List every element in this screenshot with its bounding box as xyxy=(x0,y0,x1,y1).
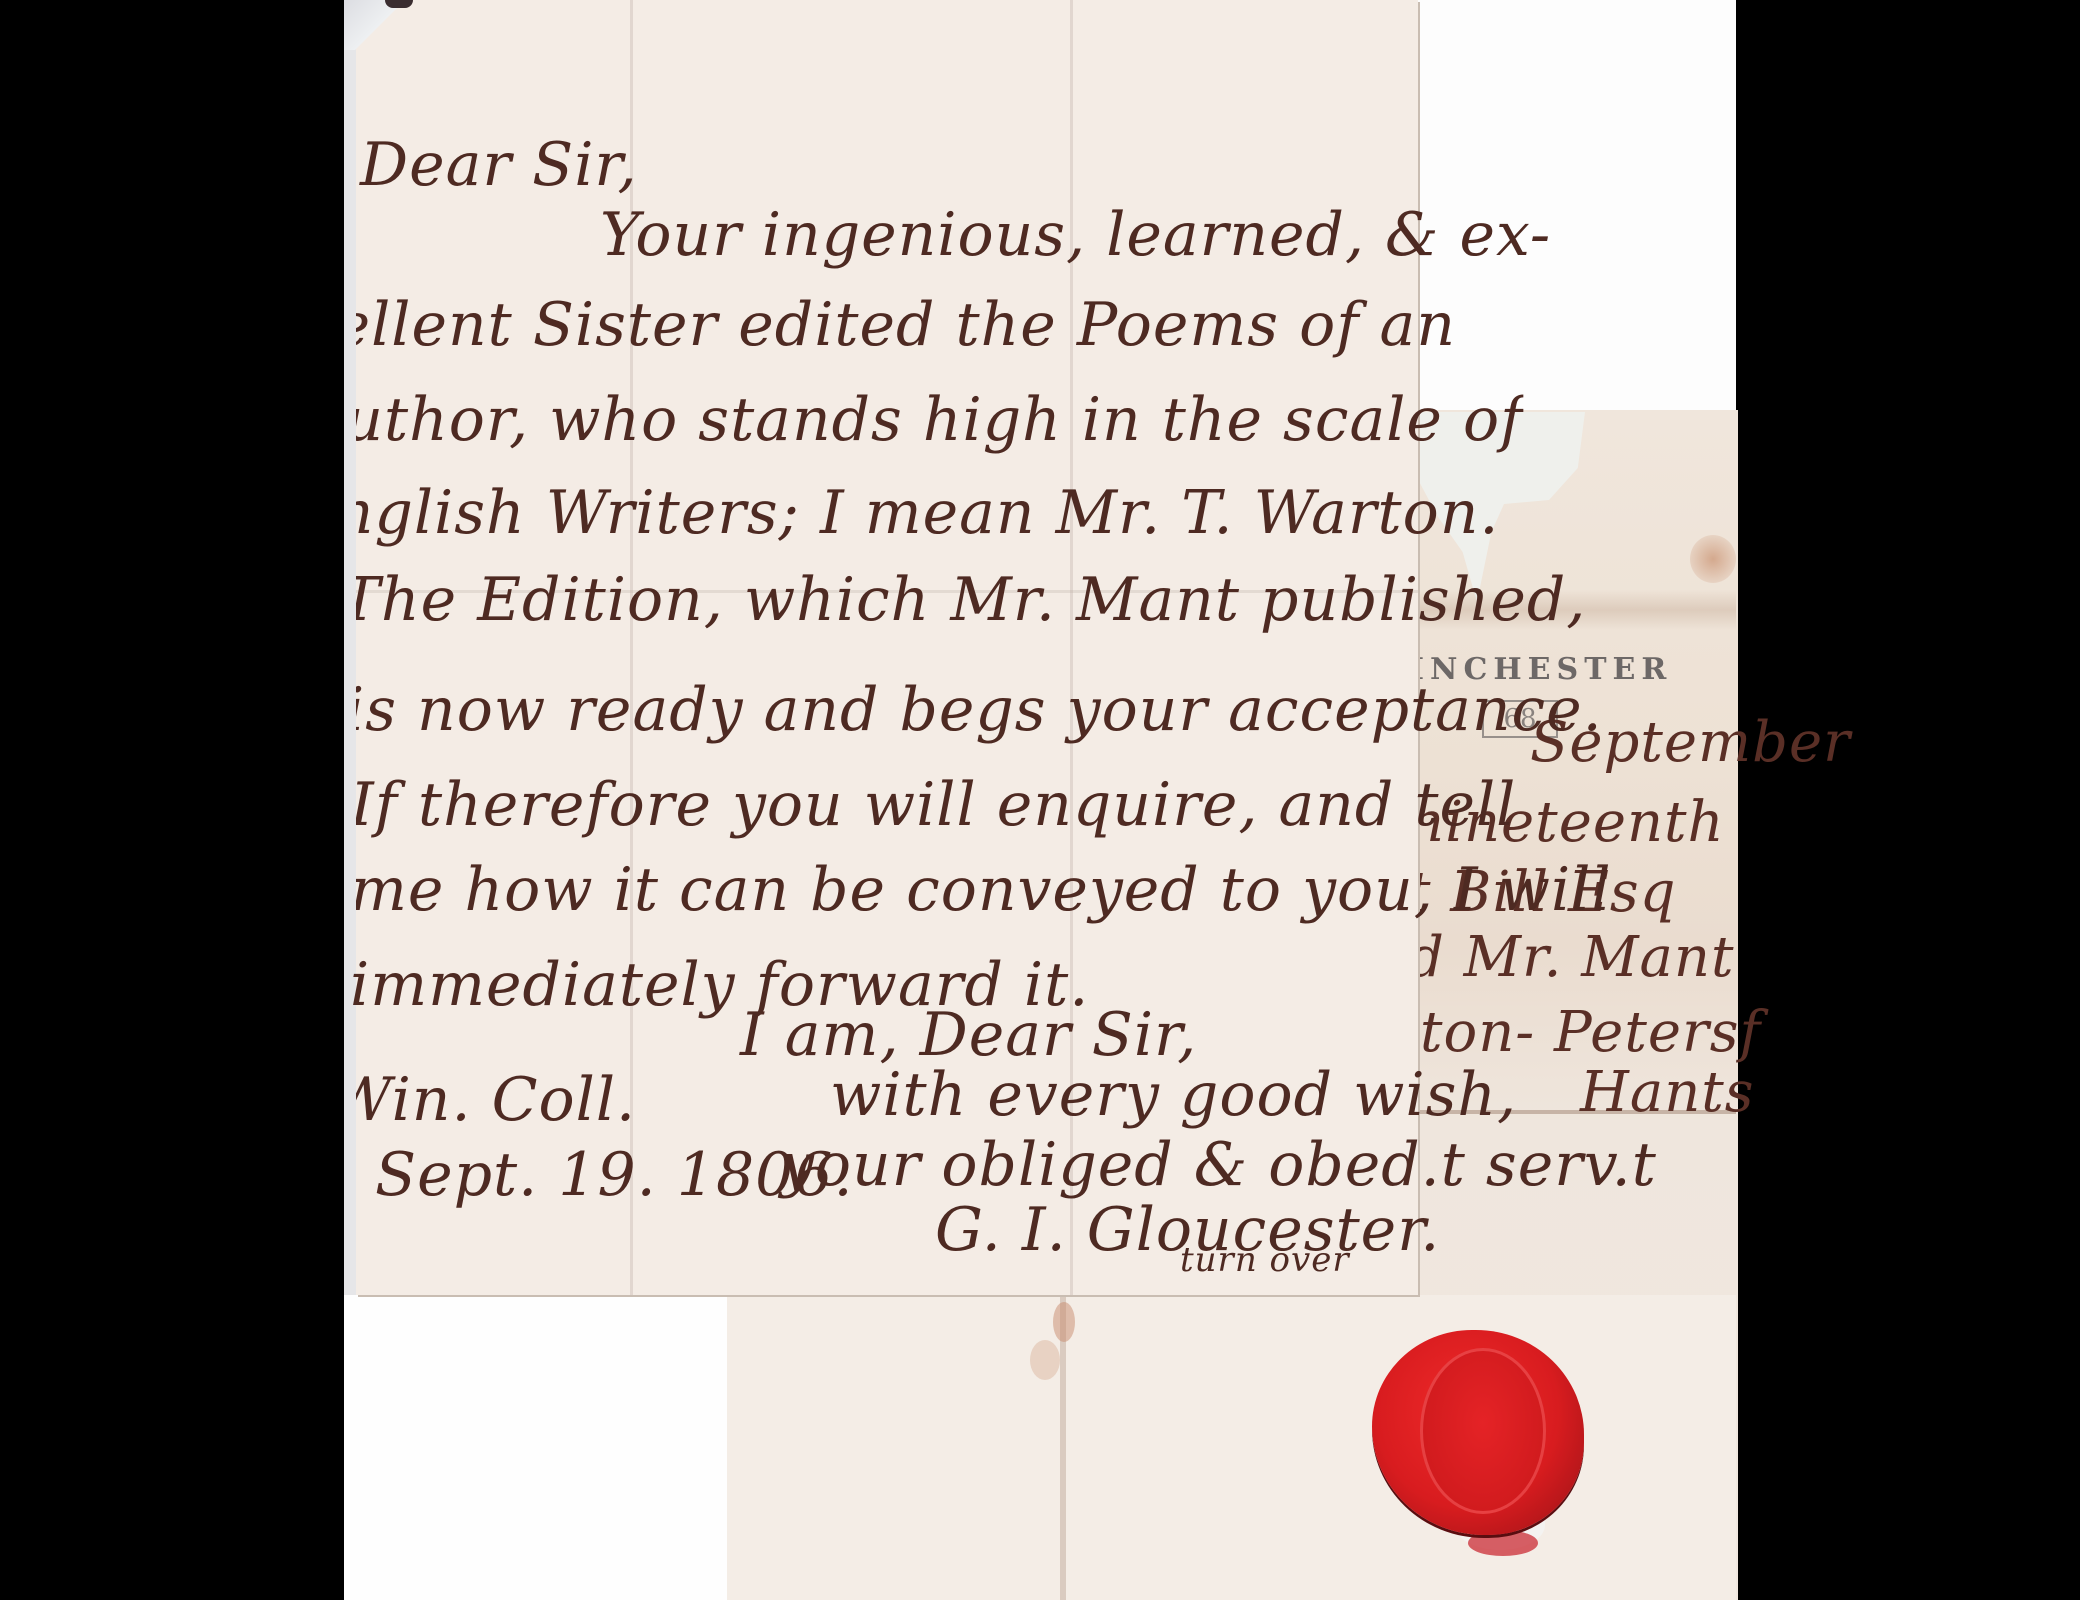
scan-background-lower xyxy=(344,1295,727,1600)
letter-closing-line: your obliged & obed.t serv.t xyxy=(780,1130,1657,1200)
envelope-stain xyxy=(1053,1302,1075,1342)
letter-line: Your ingenious, learned, & ex- xyxy=(600,200,1551,270)
envelope-stain-spot xyxy=(1690,535,1736,583)
letter-closing-line: with every good wish, xyxy=(830,1060,1517,1130)
letter-corner-shadow xyxy=(385,0,413,8)
address-line: ton- Petersf xyxy=(1420,1000,1761,1065)
letter-line: English Writers; I mean Mr. T. Warton. xyxy=(290,478,1500,548)
letter-salutation: Dear Sir, xyxy=(360,130,638,200)
turn-over-note: turn over xyxy=(1180,1240,1350,1280)
wax-seal-impression xyxy=(1420,1348,1546,1514)
letter-line: me how it can be conveyed to you, I will xyxy=(350,855,1612,925)
envelope-stain xyxy=(1030,1340,1060,1380)
letter-line: The Edition, which Mr. Mant published, xyxy=(340,565,1586,635)
address-line: d Mr. Mant xyxy=(1408,925,1735,990)
address-line: Hants xyxy=(1580,1060,1755,1125)
letter-line: If therefore you will enquire, and tell xyxy=(350,770,1516,840)
letter-place: Win. Coll. xyxy=(330,1065,636,1135)
envelope-seal-panel xyxy=(727,1295,1736,1600)
letter-line: cellent Sister edited the Poems of an xyxy=(300,290,1456,360)
letter-date: Sept. 19. 1806. xyxy=(375,1140,854,1210)
letter-line: is now ready and begs your acceptance. xyxy=(345,675,1603,745)
letter-line: Author, who stands high in the scale of xyxy=(300,385,1523,455)
show-through-writing xyxy=(640,40,658,108)
